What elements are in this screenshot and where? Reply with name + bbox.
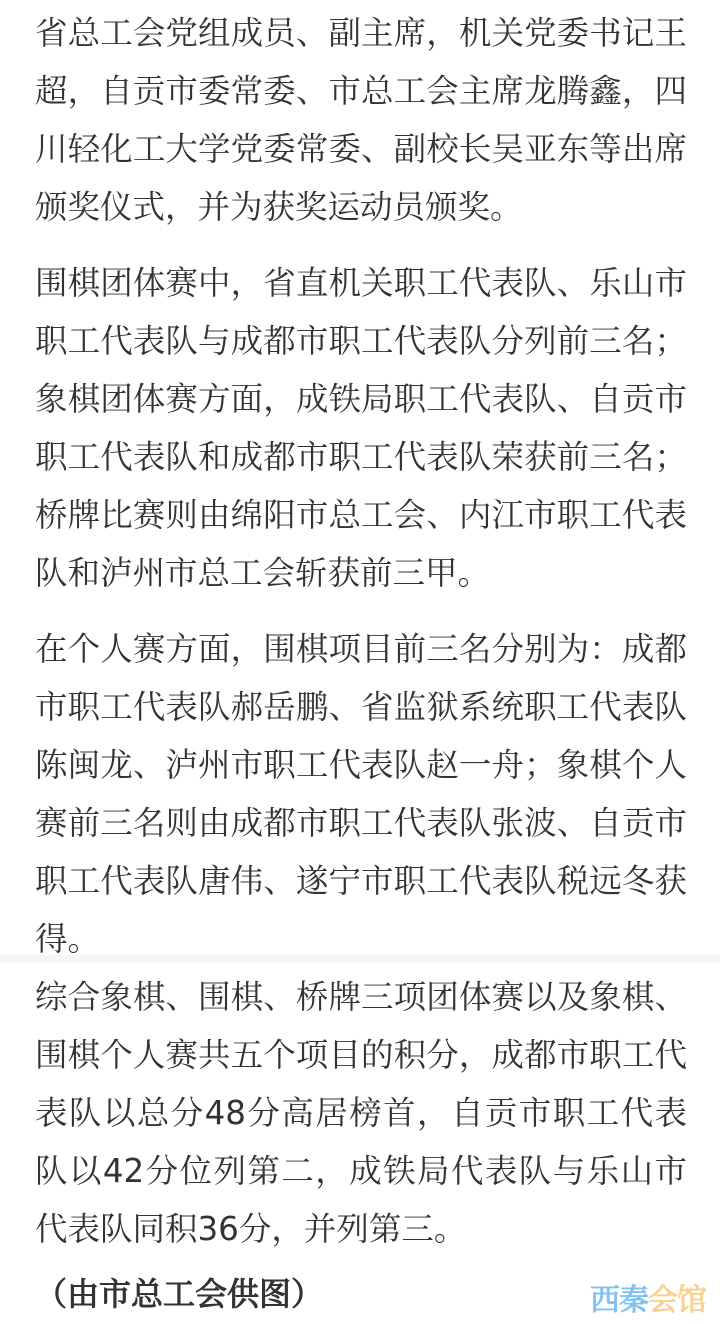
article-body: 省总工会党组成员、副主席，机关党委书记王超，自贡市委常委、市总工会主席龙腾鑫，四… [35, 4, 687, 986]
photo-credit-caption: （由市总工会供图） [35, 1272, 323, 1316]
article-body-continued: 综合象棋、围棋、桥牌三项团体赛以及象棋、围棋个人赛共五个项目的积分，成都市职工代… [35, 968, 687, 1276]
paragraph-awarding-ceremony: 省总工会党组成员、副主席，机关党委书记王超，自贡市委常委、市总工会主席龙腾鑫，四… [35, 4, 687, 236]
paragraph-team-results: 围棋团体赛中，省直机关职工代表队、乐山市职工代表队与成都市职工代表队分列前三名；… [35, 254, 687, 602]
watermark-text-part1: 西秦 [590, 1283, 648, 1318]
watermark-text-part2: 会馆 [648, 1283, 706, 1318]
paragraph-overall-ranking: 综合象棋、围棋、桥牌三项团体赛以及象棋、围棋个人赛共五个项目的积分，成都市职工代… [35, 968, 687, 1258]
paragraph-individual-results: 在个人赛方面，围棋项目前三名分别为：成都市职工代表队郝岳鹏、省监狱系统职工代表队… [35, 620, 687, 968]
site-watermark-logo: 西秦会馆 [590, 1283, 706, 1319]
section-divider [0, 955, 720, 963]
